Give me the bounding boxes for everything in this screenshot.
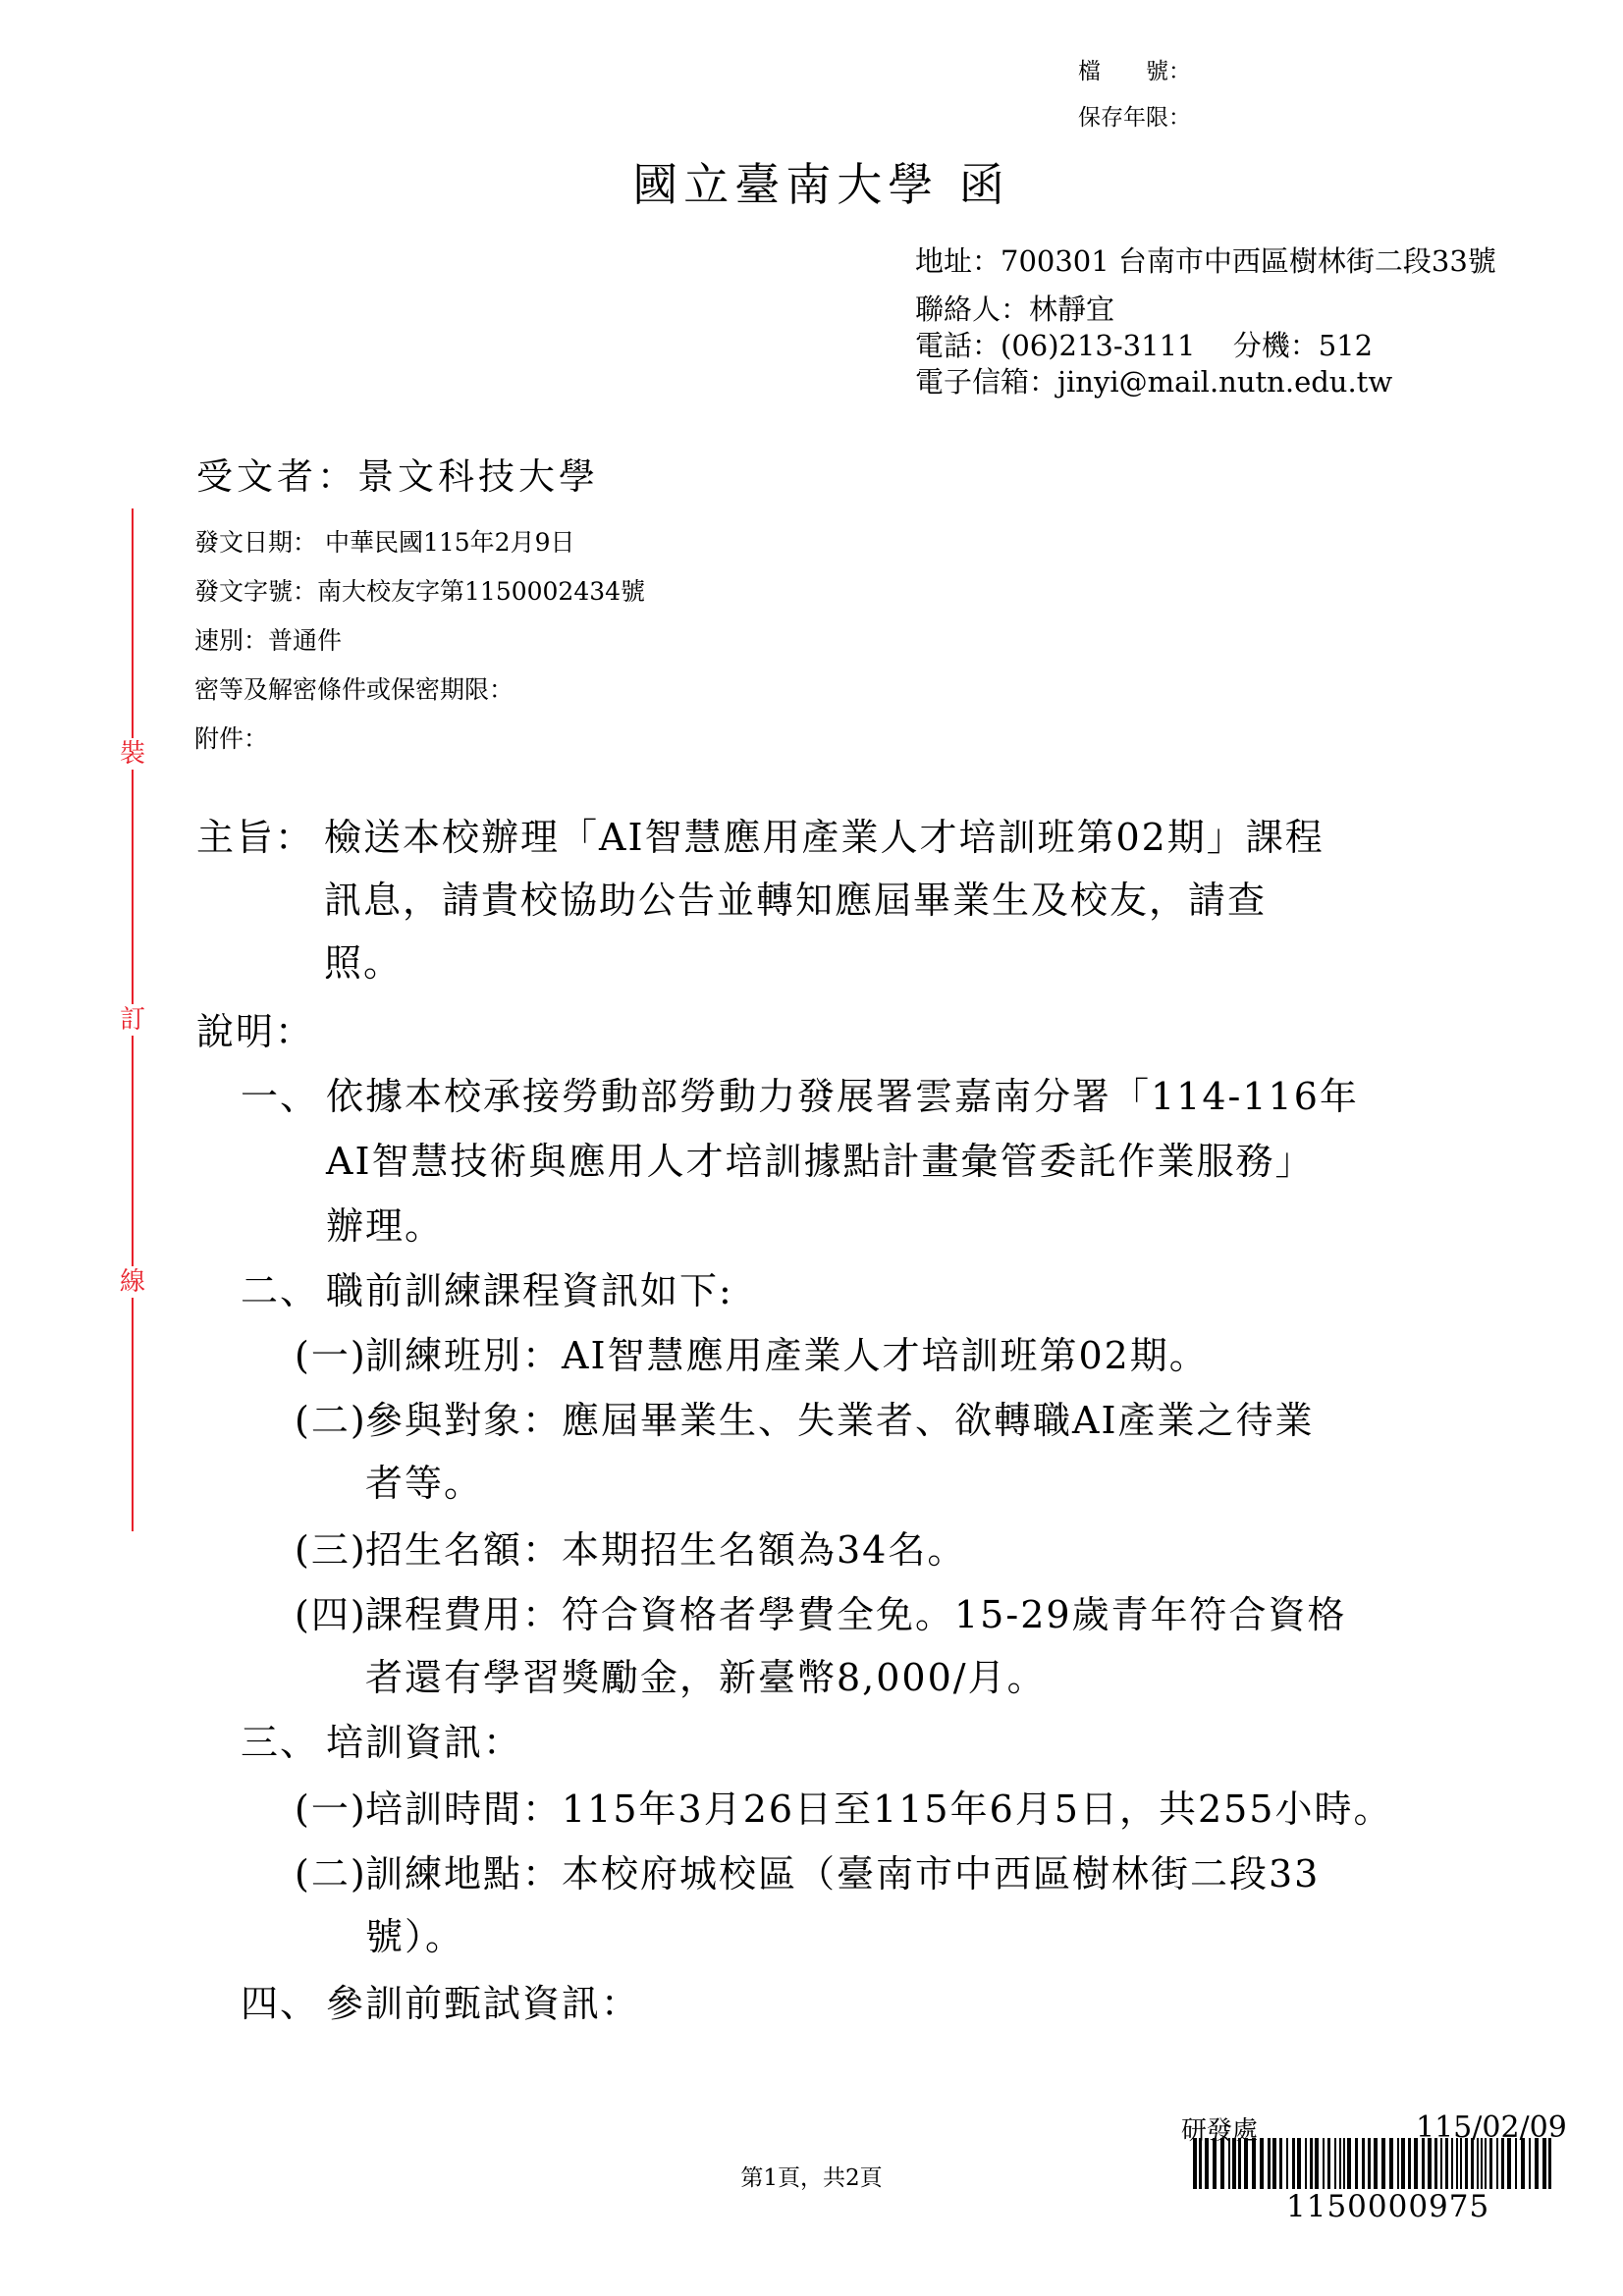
- subitem-marker: (一): [295, 1779, 367, 1833]
- barcode-bar: [1327, 2138, 1330, 2189]
- barcode-bar: [1548, 2138, 1551, 2189]
- barcode-bar: [1535, 2138, 1539, 2189]
- subitem-line: 參與對象：應屆畢業生、失業者、欲轉職AI產業之待業: [365, 1390, 1314, 1444]
- confidentiality: 密等及解密條件或保密期限：: [194, 666, 645, 715]
- barcode-bar: [1529, 2138, 1531, 2189]
- subitem-line: 號）。: [365, 1906, 464, 1960]
- barcode-bar: [1232, 2138, 1236, 2189]
- barcode-bar: [1465, 2138, 1468, 2189]
- retention-period-label: 保存年限：: [1078, 95, 1191, 141]
- attachments: 附件：: [194, 715, 645, 764]
- subitem-marker: (三): [295, 1520, 367, 1574]
- contact-person: 聯絡人：林靜宜: [915, 292, 1496, 328]
- barcode-bar: [1428, 2138, 1432, 2189]
- address: 地址：700301 台南市中西區樹林街二段33號: [915, 243, 1496, 280]
- item-line: 依據本校承接勞動部勞動力發展署雲嘉南分署「114-116年: [326, 1066, 1359, 1120]
- barcode-bar: [1199, 2138, 1202, 2189]
- barcode-bar: [1389, 2138, 1393, 2189]
- issue-date: 發文日期： 中華民國115年2月9日: [194, 518, 645, 567]
- subitem-line: 課程費用：符合資格者學費全免。15-29歲青年符合資格: [365, 1584, 1347, 1638]
- document-meta: 發文日期： 中華民國115年2月9日 發文字號：南大校友字第1150002434…: [194, 518, 645, 764]
- item-marker: 三、: [241, 1712, 319, 1766]
- item-line: 參訓前甄試資訊：: [326, 1973, 640, 2027]
- barcode-bar: [1272, 2138, 1276, 2189]
- barcode-bar: [1422, 2138, 1425, 2189]
- file-number-label: 檔 號：: [1078, 49, 1191, 95]
- barcode-bar: [1489, 2138, 1492, 2189]
- barcode-bar: [1252, 2138, 1256, 2189]
- barcode-bar: [1521, 2138, 1525, 2189]
- subitem-marker: (二): [295, 1843, 367, 1897]
- barcode-bar: [1297, 2138, 1301, 2189]
- item-line: 培訓資訊：: [326, 1712, 522, 1766]
- barcode-bar: [1374, 2138, 1378, 2189]
- barcode-bar: [1485, 2138, 1487, 2189]
- email: 電子信箱：jinyi@mail.nutn.edu.tw: [915, 364, 1496, 400]
- item-line: 職前訓練課程資訊如下:: [326, 1260, 733, 1314]
- subject-line: 照。: [324, 933, 403, 987]
- barcode-bar: [1408, 2138, 1411, 2189]
- phone: 電話：(06)213-3111 分機：512: [915, 328, 1496, 364]
- barcode-bar: [1315, 2138, 1319, 2189]
- barcode-bar: [1323, 2138, 1325, 2189]
- barcode-bar: [1481, 2138, 1483, 2189]
- barcode-bar: [1220, 2138, 1224, 2189]
- item-line: AI智慧技術與應用人才培訓據點計畫彙管委託作業服務」: [326, 1131, 1314, 1185]
- priority: 速別：普通件: [194, 616, 645, 666]
- barcode-bar: [1343, 2138, 1345, 2189]
- subitem-line: 訓練班別：AI智慧應用產業人才培訓班第02期。: [365, 1325, 1209, 1379]
- subject-line: 檢送本校辦理「AI智慧應用產業人才培訓班第02期」課程: [324, 807, 1325, 861]
- item-line: 辦理。: [326, 1196, 444, 1250]
- barcode-bar: [1279, 2138, 1282, 2189]
- barcode-bar: [1238, 2138, 1241, 2189]
- barcode-bar: [1362, 2138, 1365, 2189]
- barcode-bar: [1213, 2138, 1217, 2189]
- barcode-bar: [1471, 2138, 1474, 2189]
- barcode-bar: [1401, 2138, 1405, 2189]
- barcode: [1193, 2138, 1556, 2189]
- subject-line: 訊息，請貴校協助公告並轉知應屆畢業生及校友，請查: [324, 870, 1267, 924]
- barcode-bar: [1347, 2138, 1351, 2189]
- explanation-label: 說明：: [196, 1001, 314, 1055]
- barcode-bar: [1477, 2138, 1479, 2189]
- barcode-bar: [1434, 2138, 1437, 2189]
- barcode-bar: [1460, 2138, 1462, 2189]
- binding-char-xian: 線: [116, 1266, 149, 1298]
- barcode-bar: [1260, 2138, 1264, 2189]
- barcode-bar: [1305, 2138, 1307, 2189]
- barcode-bar: [1205, 2138, 1209, 2189]
- barcode-bar: [1193, 2138, 1197, 2189]
- subitem-line: 者還有學習獎勵金，新臺幣8,000/月。: [365, 1647, 1047, 1701]
- binding-char-zhuang: 裝: [116, 738, 149, 770]
- barcode-bar: [1244, 2138, 1248, 2189]
- barcode-bar: [1381, 2138, 1385, 2189]
- barcode-bar: [1310, 2138, 1313, 2189]
- subitem-marker: (二): [295, 1390, 367, 1444]
- barcode-bar: [1414, 2138, 1418, 2189]
- subitem-marker: (一): [295, 1325, 367, 1379]
- subject-label: 主旨：: [196, 807, 314, 861]
- binding-char-ding: 訂: [116, 1004, 149, 1036]
- subitem-marker: (四): [295, 1584, 367, 1638]
- barcode-bar: [1268, 2138, 1271, 2189]
- file-info-block: 檔 號： 保存年限：: [1078, 49, 1191, 141]
- subitem-line: 培訓時間：115年3月26日至115年6月5日，共255小時。: [365, 1779, 1392, 1833]
- recipient: 受文者：景文科技大學: [196, 447, 599, 500]
- subitem-line: 招生名額：本期招生名額為34名。: [365, 1520, 966, 1574]
- barcode-bar: [1355, 2138, 1358, 2189]
- barcode-number: 1150000975: [1286, 2189, 1489, 2224]
- item-marker: 二、: [241, 1260, 319, 1314]
- contact-block: 地址：700301 台南市中西區樹林街二段33號 聯絡人：林靜宜 電話：(06)…: [915, 243, 1496, 400]
- barcode-bar: [1515, 2138, 1517, 2189]
- item-marker: 四、: [241, 1973, 319, 2027]
- subitem-line: 者等。: [365, 1453, 483, 1507]
- barcode-bar: [1339, 2138, 1341, 2189]
- barcode-bar: [1334, 2138, 1336, 2189]
- barcode-bar: [1292, 2138, 1295, 2189]
- barcode-bar: [1507, 2138, 1511, 2189]
- barcode-bar: [1286, 2138, 1288, 2189]
- barcode-bar: [1501, 2138, 1504, 2189]
- barcode-bar: [1542, 2138, 1546, 2189]
- barcode-bar: [1228, 2138, 1230, 2189]
- barcode-bar: [1445, 2138, 1448, 2189]
- barcode-bar: [1496, 2138, 1498, 2189]
- barcode-bar: [1440, 2138, 1442, 2189]
- subitem-line: 訓練地點：本校府城校區（臺南市中西區樹林街二段33: [365, 1843, 1320, 1897]
- document-title: 國立臺南大學 函: [0, 149, 1623, 214]
- barcode-bar: [1451, 2138, 1453, 2189]
- item-marker: 一、: [241, 1066, 319, 1120]
- barcode-bar: [1368, 2138, 1371, 2189]
- barcode-bar: [1397, 2138, 1399, 2189]
- barcode-bar: [1456, 2138, 1458, 2189]
- document-number: 發文字號：南大校友字第1150002434號: [194, 567, 645, 616]
